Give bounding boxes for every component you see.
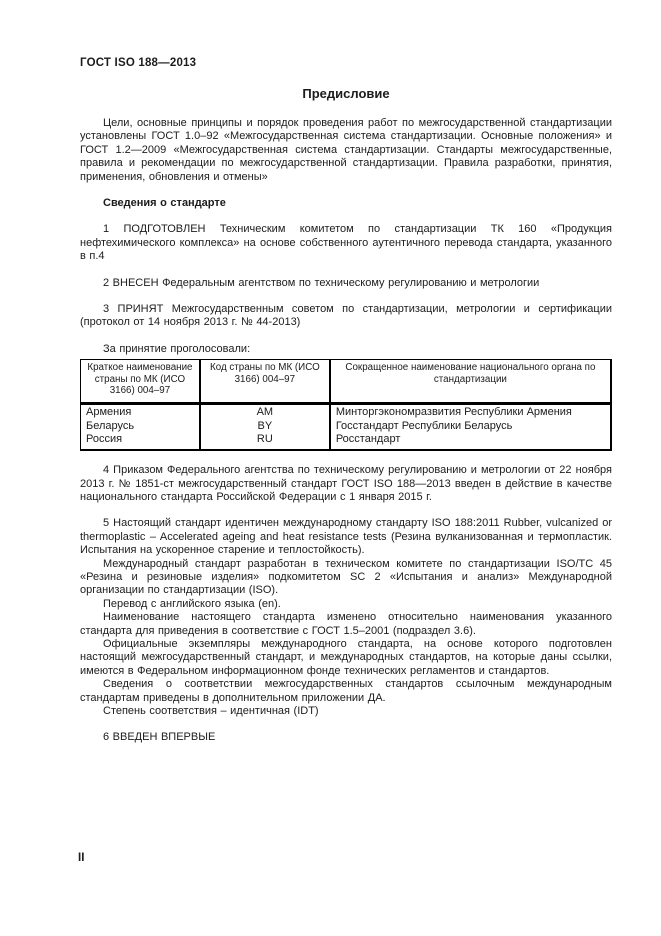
item-1-prepared: 1 ПОДГОТОВЛЕН Техническим комитетом по с… (80, 223, 612, 263)
vote-table-header-country: Краткое наименование страны по МК (ИСО 3… (81, 360, 200, 404)
item-5-paragraph: 5 Настоящий стандарт идентичен междунаро… (80, 517, 612, 557)
info-heading: Сведения о стандарте (80, 197, 612, 210)
item-5-paragraph: Перевод с английского языка (en). (80, 598, 612, 611)
item-3-adopted: 3 ПРИНЯТ Межгосударственным советом по с… (80, 303, 612, 330)
cell-country: Россия (81, 433, 200, 450)
vote-caption: За принятие проголосовали: (80, 343, 612, 356)
cell-org: Минторгэкономразвития Республики Армения (330, 403, 611, 419)
table-row: Беларусь BY Госстандарт Республики Белар… (81, 420, 612, 434)
cell-org: Росстандарт (330, 433, 611, 450)
cell-org: Госстандарт Республики Беларусь (330, 420, 611, 434)
intro-paragraph: Цели, основные принципы и порядок провед… (80, 117, 612, 184)
vote-table-header-row: Краткое наименование страны по МК (ИСО 3… (81, 360, 612, 404)
cell-country: Армения (81, 403, 200, 419)
vote-table-header-org: Сокращенное наименование национального о… (330, 360, 611, 404)
cell-code: BY (200, 420, 330, 434)
cell-code: AM (200, 403, 330, 419)
item-5-paragraph: Официальные экземпляры международного ст… (80, 638, 612, 678)
cell-country: Беларусь (81, 420, 200, 434)
item-5-paragraph: Наименование настоящего стандарта измене… (80, 611, 612, 638)
item-4-order: 4 Приказом Федерального агентства по тех… (80, 464, 612, 504)
document-page: ГОСТ ISO 188—2013 Предисловие Цели, осно… (0, 0, 661, 936)
item-2-submitted: 2 ВНЕСЕН Федеральным агентством по техни… (80, 277, 612, 290)
vote-table: Краткое наименование страны по МК (ИСО 3… (80, 359, 612, 451)
vote-table-header-code: Код страны по МК (ИСО 3166) 004–97 (200, 360, 330, 404)
table-row: Армения AM Минторгэкономразвития Республ… (81, 403, 612, 419)
item-5-paragraph: Степень соответствия – идентичная (IDT) (80, 705, 612, 718)
table-row: Россия RU Росстандарт (81, 433, 612, 450)
item-5-identity-group: 5 Настоящий стандарт идентичен междунаро… (80, 517, 612, 718)
page-number: II (78, 852, 84, 864)
item-6-introduced: 6 ВВЕДЕН ВПЕРВЫЕ (80, 731, 612, 744)
item-5-paragraph: Сведения о соответствии межгосударственн… (80, 678, 612, 705)
item-5-paragraph: Международный стандарт разработан в техн… (80, 558, 612, 598)
document-code: ГОСТ ISO 188—2013 (80, 56, 612, 70)
page-title: Предисловие (80, 86, 612, 101)
cell-code: RU (200, 433, 330, 450)
